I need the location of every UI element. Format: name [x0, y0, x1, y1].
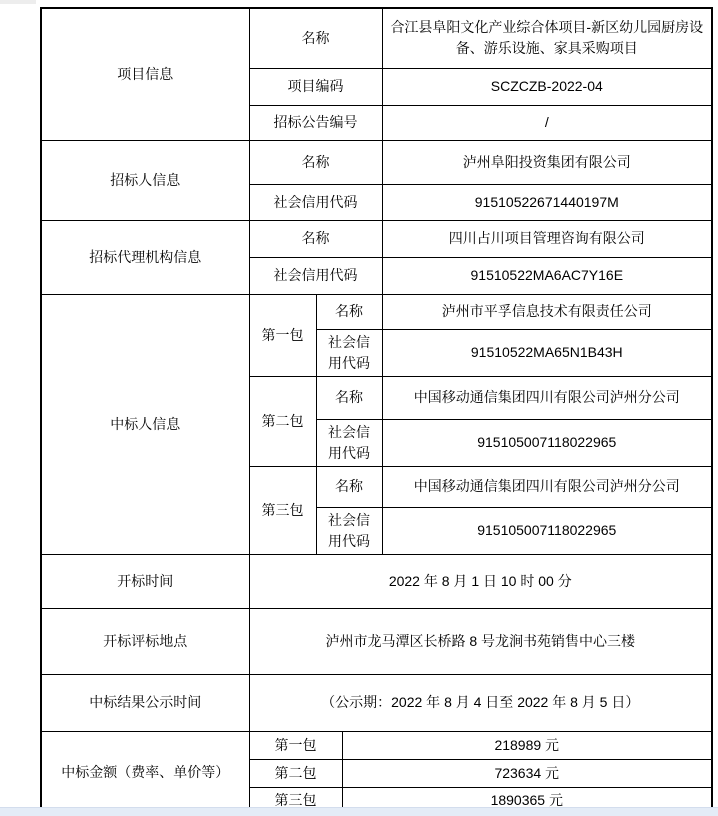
winner-package3-credit-label: 社会信用代码 [316, 507, 382, 554]
award-amount-section-label: 中标金额（费率、单价等） [41, 731, 249, 815]
bid-result-page: 项目信息 名称 合江县阜阳文化产业综合体项目-新区幼儿园厨房设备、游乐设施、家具… [0, 0, 718, 816]
amount-package2-value: 723634 元 [342, 759, 712, 787]
agency-section-label: 招标代理机构信息 [41, 220, 249, 294]
bid-opening-place-label: 开标评标地点 [41, 608, 249, 674]
winner-package3-name-value: 中国移动通信集团四川有限公司泸州分公司 [382, 466, 712, 507]
top-corner-strip [0, 0, 36, 4]
amount-package1-value: 218989 元 [342, 731, 712, 759]
bid-opening-place-value: 泸州市龙马潭区长桥路 8 号龙涧书苑销售中心三楼 [249, 608, 712, 674]
agency-credit-code-value: 91510522MA6AC7Y16E [382, 257, 712, 294]
tenderee-credit-code-value: 91510522671440197M [382, 184, 712, 220]
winner-package2-name-label: 名称 [316, 376, 382, 419]
agency-credit-code-label: 社会信用代码 [249, 257, 382, 294]
project-info-section-label: 项目信息 [41, 8, 249, 140]
bid-opening-time-label: 开标时间 [41, 554, 249, 608]
tenderee-credit-code-label: 社会信用代码 [249, 184, 382, 220]
page-bottom-strip [0, 807, 718, 816]
agency-name-label: 名称 [249, 220, 382, 257]
tenderee-name-label: 名称 [249, 140, 382, 184]
winner-package1-label: 第一包 [249, 294, 316, 376]
winner-package1-name-value: 泸州市平孚信息技术有限责任公司 [382, 294, 712, 329]
tenderee-name-value: 泸州阜阳投资集团有限公司 [382, 140, 712, 184]
tenderee-section-label: 招标人信息 [41, 140, 249, 220]
winner-package1-name-label: 名称 [316, 294, 382, 329]
result-publicity-value: （公示期：2022 年 8 月 4 日至 2022 年 8 月 5 日） [249, 674, 712, 731]
project-code-label: 项目编码 [249, 68, 382, 105]
winner-package2-credit-label: 社会信用代码 [316, 419, 382, 466]
winner-package2-name-value: 中国移动通信集团四川有限公司泸州分公司 [382, 376, 712, 419]
bid-opening-time-value: 2022 年 8 月 1 日 10 时 00 分 [249, 554, 712, 608]
bid-result-table: 项目信息 名称 合江县阜阳文化产业综合体项目-新区幼儿园厨房设备、游乐设施、家具… [40, 7, 713, 816]
agency-name-value: 四川占川项目管理咨询有限公司 [382, 220, 712, 257]
winners-section-label: 中标人信息 [41, 294, 249, 554]
amount-package1-label: 第一包 [249, 731, 342, 759]
tender-notice-number-value: / [382, 105, 712, 140]
winner-package3-name-label: 名称 [316, 466, 382, 507]
tender-notice-number-label: 招标公告编号 [249, 105, 382, 140]
winner-package3-label: 第三包 [249, 466, 316, 554]
winner-package3-credit-value: 915105007118022965 [382, 507, 712, 554]
amount-package2-label: 第二包 [249, 759, 342, 787]
project-name-label: 名称 [249, 8, 382, 68]
winner-package1-credit-value: 91510522MA65N1B43H [382, 329, 712, 376]
winner-package2-label: 第二包 [249, 376, 316, 466]
project-name-value: 合江县阜阳文化产业综合体项目-新区幼儿园厨房设备、游乐设施、家具采购项目 [382, 8, 712, 68]
result-publicity-label: 中标结果公示时间 [41, 674, 249, 731]
project-code-value: SCZCZB-2022-04 [382, 68, 712, 105]
winner-package1-credit-label: 社会信用代码 [316, 329, 382, 376]
winner-package2-credit-value: 915105007118022965 [382, 419, 712, 466]
